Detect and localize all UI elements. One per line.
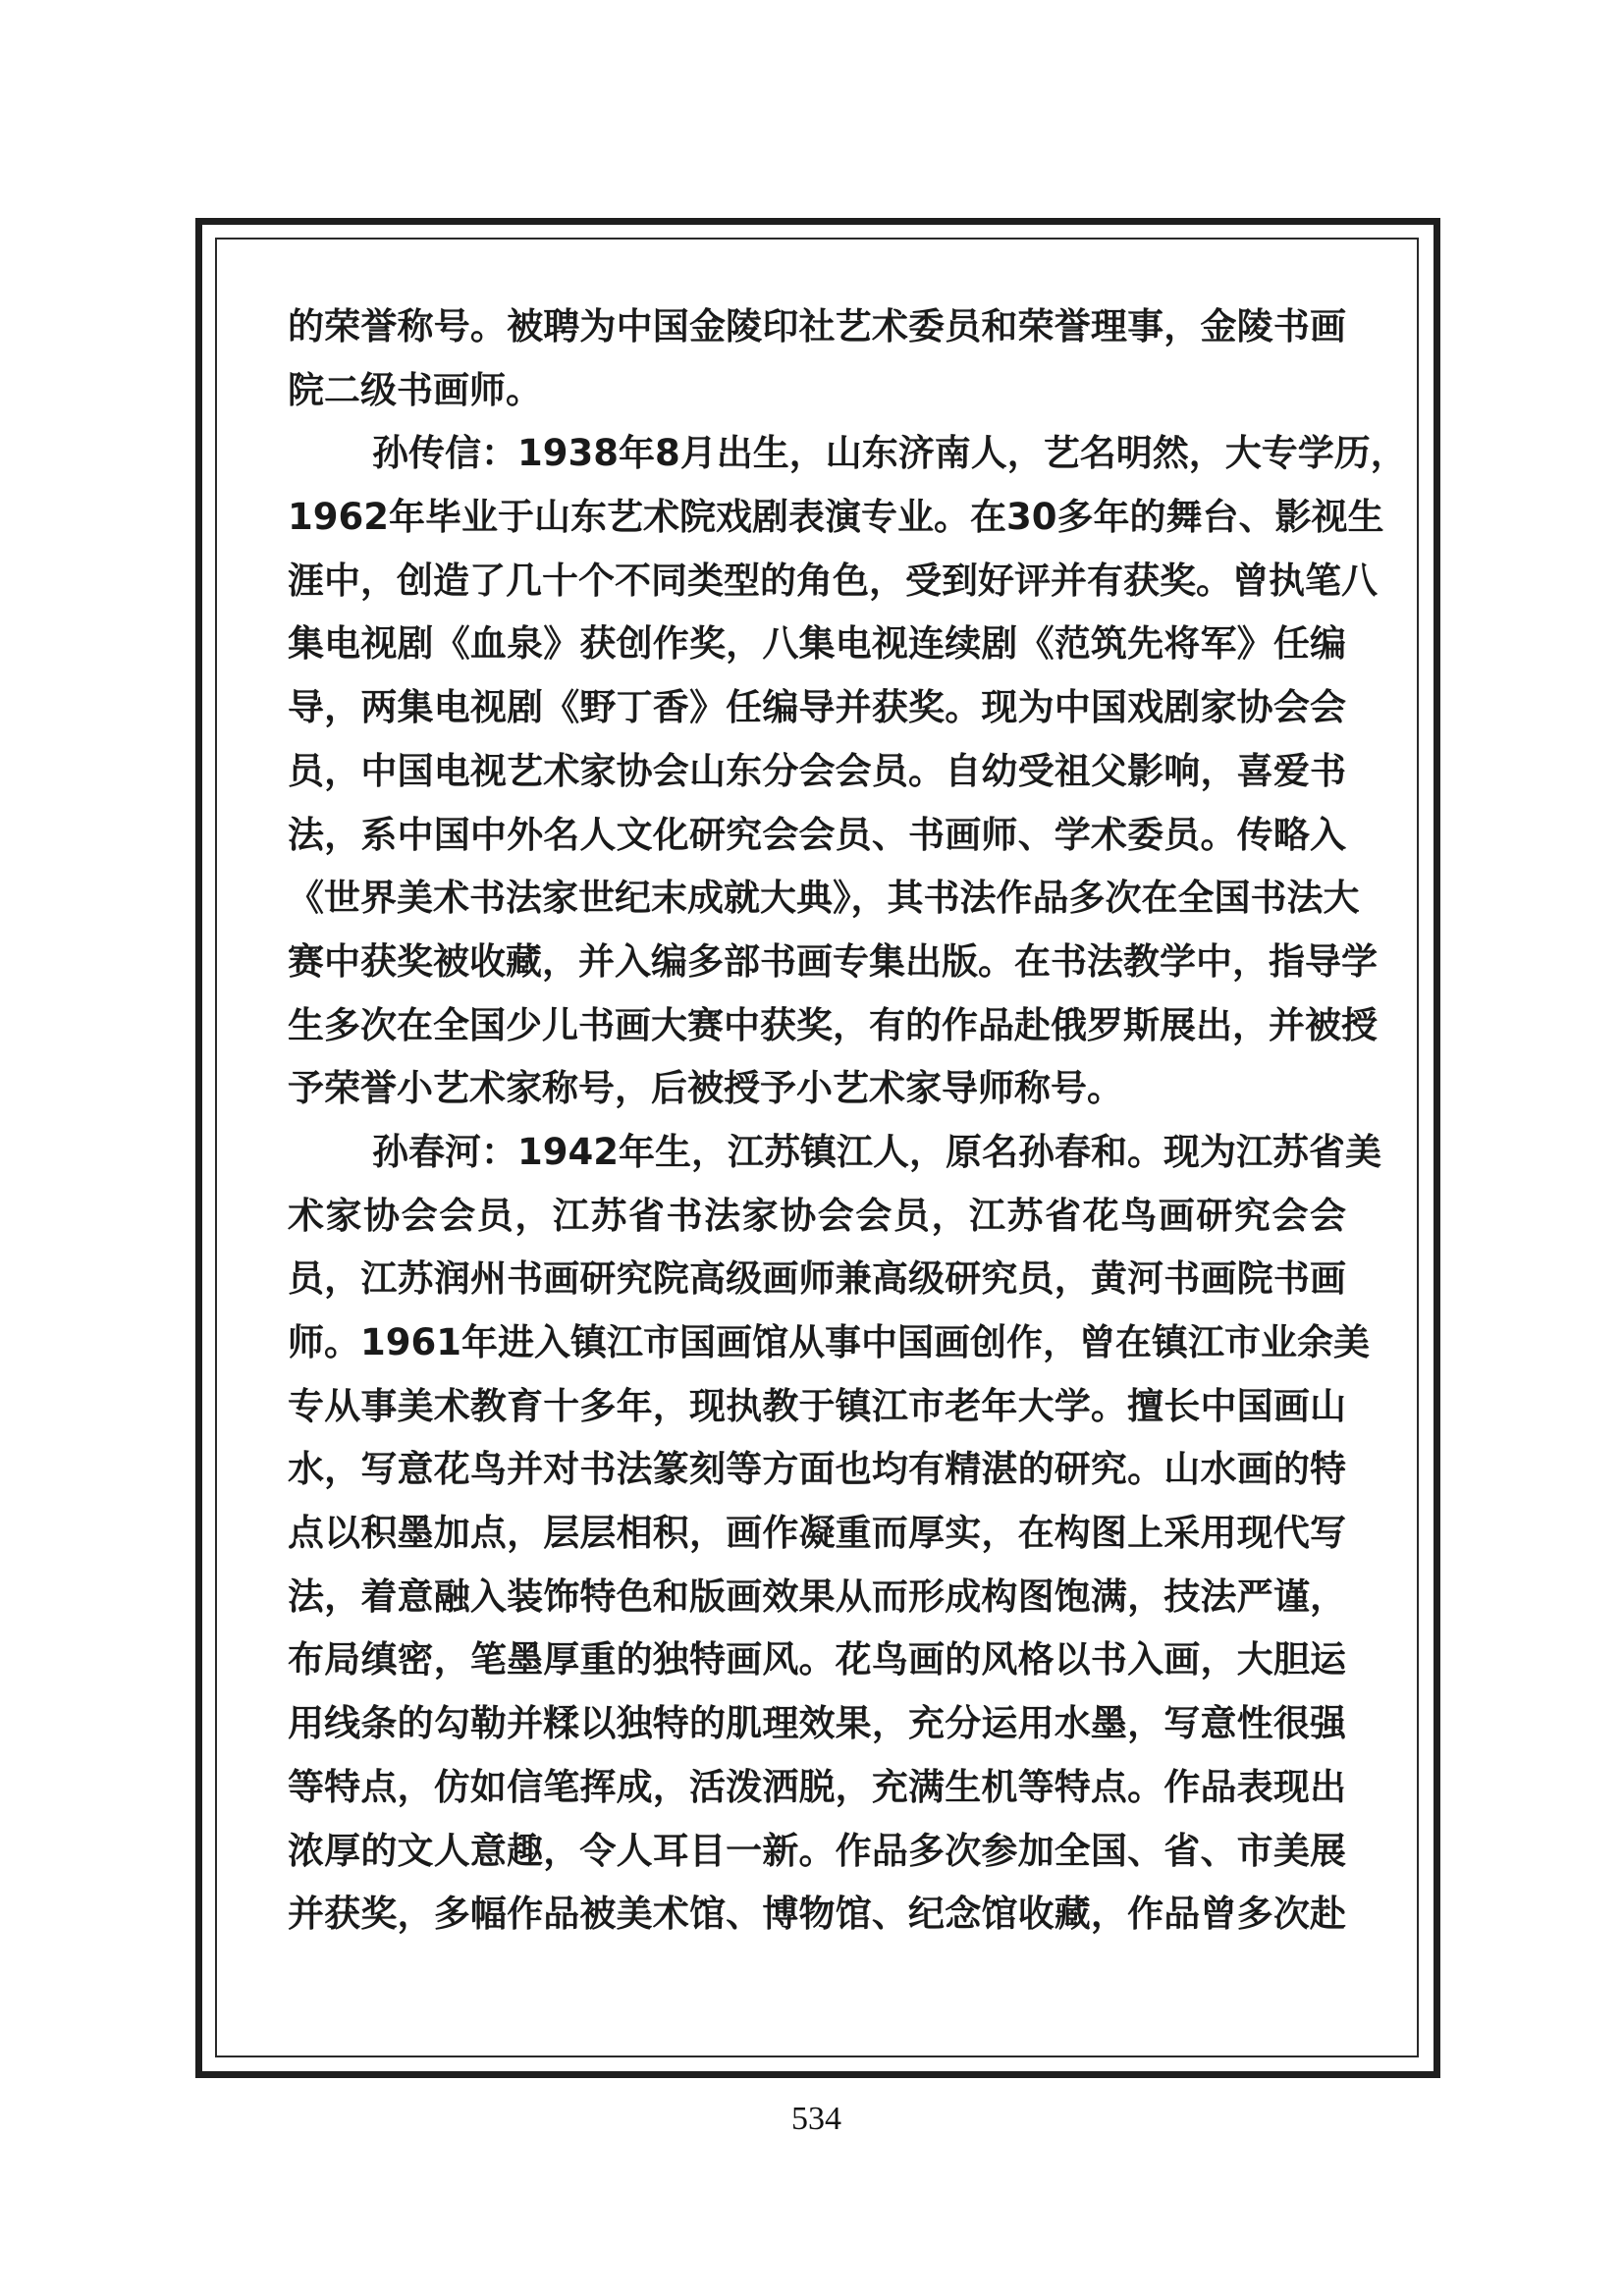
text-line: 法，着意融入装饰特色和版画效果从而形成构图饱满，技法严谨， (288, 1573, 1346, 1636)
text-line: 点以积墨加点，层层相积，画作凝重而厚实，在构图上采用现代写 (288, 1509, 1346, 1573)
text-line: 赛中获奖被收藏，并入编多部书画专集出版。在书法教学中，指导学 (288, 937, 1346, 1001)
text-line: 《世界美术书法家世纪末成就大典》，其书法作品多次在全国书法大 (288, 874, 1346, 937)
text-line: 的荣誉称号。被聘为中国金陵印社艺术委员和荣誉理事，金陵书画 (288, 302, 1346, 366)
body-text: 的荣誉称号。被聘为中国金陵印社艺术委员和荣誉理事，金陵书画 院二级书画师。 孙传… (288, 302, 1346, 1953)
text-line: 集电视剧《血泉》获创作奖，八集电视连续剧《范筑先将军》任编 (288, 619, 1346, 683)
text-line: 员，中国电视艺术家协会山东分会会员。自幼受祖父影响，喜爱书 (288, 747, 1346, 811)
text-line: 用线条的勾勒并糅以独特的肌理效果，充分运用水墨，写意性很强 (288, 1699, 1346, 1763)
text-line: 法，系中国中外名人文化研究会会员、书画师、学术委员。传略入 (288, 811, 1346, 875)
page-number: 534 (0, 2101, 1623, 2138)
paragraph-start-sun-chuanxin: 孙传信：1938年8月出生，山东济南人，艺名明然，大专学历， (288, 429, 1346, 493)
text-line: 术家协会会员，江苏省书法家协会会员，江苏省花鸟画研究会会 (288, 1192, 1346, 1255)
paragraph-start-sun-chunhe: 孙春河：1942年生，江苏镇江人，原名孙春和。现为江苏省美 (288, 1128, 1346, 1192)
text-line: 员，江苏润州书画研究院高级画师兼高级研究员，黄河书画院书画 (288, 1255, 1346, 1318)
text-line: 专从事美术教育十多年，现执教于镇江市老年大学。擅长中国画山 (288, 1382, 1346, 1446)
text-line: 浓厚的文人意趣，令人耳目一新。作品多次参加全国、省、市美展 (288, 1827, 1346, 1891)
text-line: 1962年毕业于山东艺术院戏剧表演专业。在30多年的舞台、影视生 (288, 493, 1346, 557)
text-line: 涯中，创造了几十个不同类型的角色，受到好评并有获奖。曾执笔八 (288, 557, 1346, 620)
text-line: 等特点，仿如信笔挥成，活泼洒脱，充满生机等特点。作品表现出 (288, 1763, 1346, 1827)
text-line: 师。1961年进入镇江市国画馆从事中国画创作，曾在镇江市业余美 (288, 1318, 1346, 1382)
text-line: 并获奖，多幅作品被美术馆、博物馆、纪念馆收藏，作品曾多次赴 (288, 1890, 1346, 1953)
text-line: 导，两集电视剧《野丁香》任编导并获奖。现为中国戏剧家协会会 (288, 683, 1346, 747)
text-line: 布局缜密，笔墨厚重的独特画风。花鸟画的风格以书入画，大胆运 (288, 1635, 1346, 1699)
text-line: 水，写意花鸟并对书法篆刻等方面也均有精湛的研究。山水画的特 (288, 1445, 1346, 1509)
text-line: 院二级书画师。 (288, 366, 1346, 430)
text-line: 生多次在全国少儿书画大赛中获奖，有的作品赴俄罗斯展出，并被授 (288, 1001, 1346, 1065)
text-line: 予荣誉小艺术家称号，后被授予小艺术家导师称号。 (288, 1064, 1346, 1128)
